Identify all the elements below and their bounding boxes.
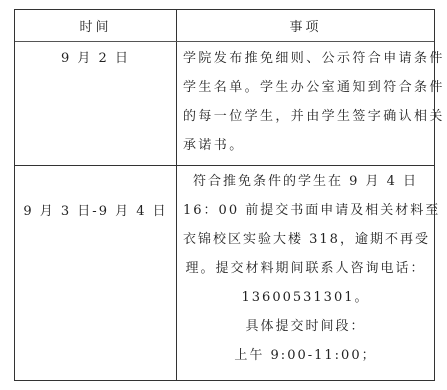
item-line: 理。提交材料期间联系人咨询电话： [183,254,428,283]
table-row-1-time: 9 月 2 日 [15,42,176,165]
time-value: 9 月 2 日 [15,44,176,73]
item-line: 承诺书。 [183,131,428,160]
table-row-2-item: 符合推免条件的学生在 9 月 4 日 16：00 前提交书面申请及相关材料至 衣… [177,166,434,380]
item-text: 符合推免条件的学生在 9 月 4 日 16：00 前提交书面申请及相关材料至 衣… [177,167,434,370]
header-time-label: 时间 [79,16,111,35]
item-line: 上午 9:00-11:00； [183,341,428,370]
item-line: 学生名单。学生办公室通知到符合条件 [183,73,428,102]
item-line: 的每一位学生，并由学生签字确认相关 [183,102,428,131]
table-row-1-item: 学院发布推免细则、公示符合申请条件 学生名单。学生办公室通知到符合条件 的每一位… [177,42,434,165]
item-line: 衣锦校区实验大楼 318，逾期不再受 [183,225,428,254]
item-line: 符合推免条件的学生在 9 月 4 日 [183,167,428,196]
item-line: 具体提交时间段： [183,312,428,341]
time-value: 9 月 3 日-9 月 4 日 [15,197,176,226]
schedule-table: 时间 事项 9 月 2 日 学院发布推免细则、公示符合申请条件 学生名单。学生办… [14,9,435,381]
item-line: 学院发布推免细则、公示符合申请条件 [183,44,428,73]
phone-number: 13600531301。 [183,283,428,312]
item-text: 学院发布推免细则、公示符合申请条件 学生名单。学生办公室通知到符合条件 的每一位… [177,44,434,160]
header-item-label: 事项 [289,16,321,35]
header-item: 事项 [177,10,434,41]
item-line: 16：00 前提交书面申请及相关材料至 [183,196,428,225]
header-time: 时间 [15,10,176,41]
table-row-2-time: 9 月 3 日-9 月 4 日 [15,166,176,380]
